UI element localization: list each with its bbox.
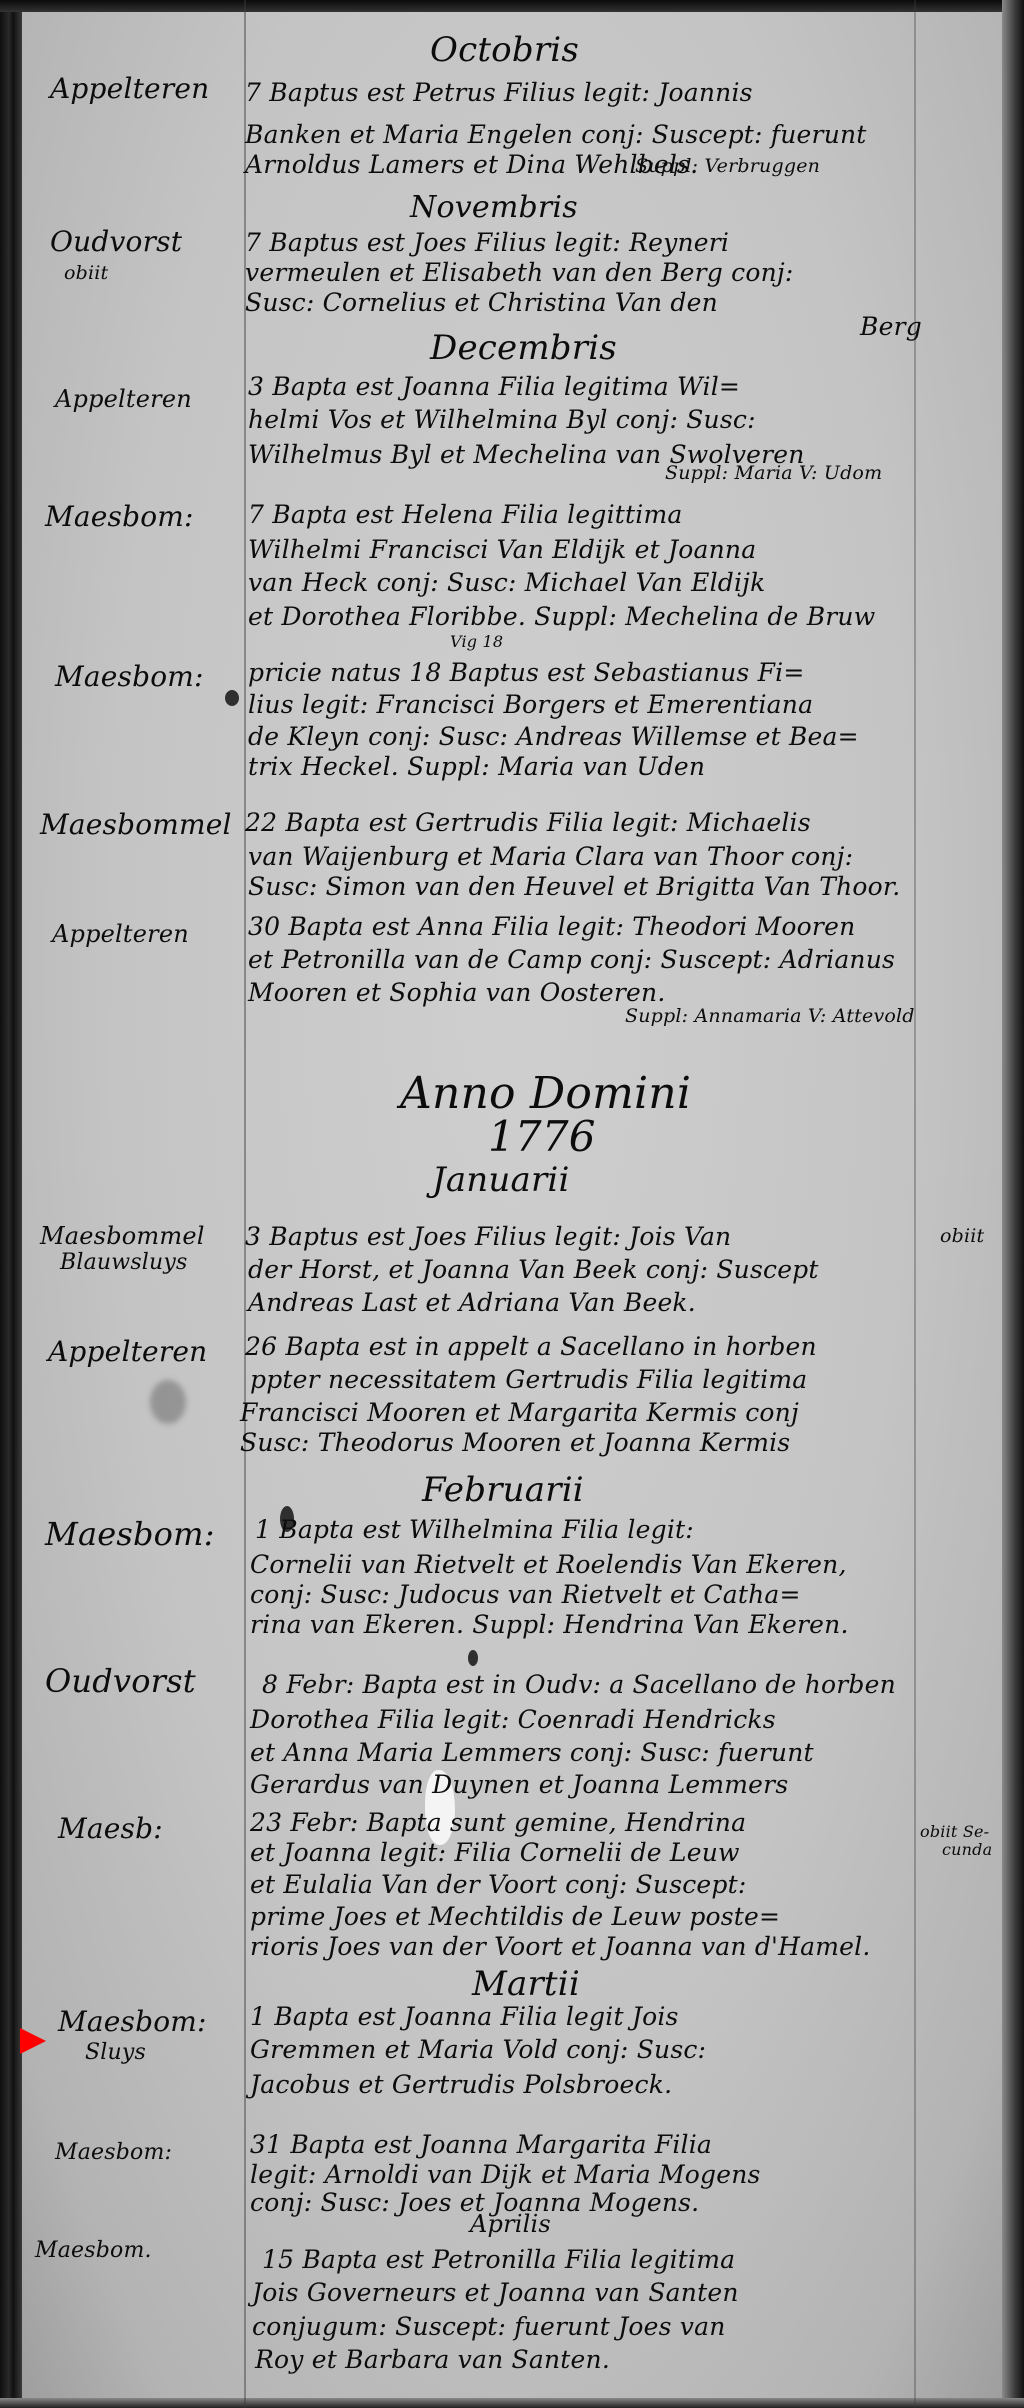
red-marker-arrow-icon	[20, 2028, 46, 2054]
entry-line: 1 Bapta est Wilhelmina Filia legit:	[255, 1515, 694, 1544]
entry-line: Susc: Simon van den Heuvel et Brigitta V…	[248, 872, 900, 901]
entry-line: et Petronilla van de Camp conj: Suscept:…	[248, 945, 895, 974]
ink-blot	[225, 690, 239, 706]
entry-line: 23 Febr: Bapta sunt gemine, Hendrina	[250, 1808, 746, 1837]
margin-place: Appelteren	[52, 920, 189, 948]
margin-place-secondary: Sluys	[85, 2040, 146, 2065]
month-heading-decembris: Decembris	[430, 328, 617, 368]
entry-line: Gremmen et Maria Vold conj: Susc:	[250, 2035, 706, 2064]
entry-line: trix Heckel. Suppl: Maria van Uden	[248, 752, 705, 781]
suppl-note: Suppl: Verbruggen	[635, 155, 820, 177]
entry-line: 1 Bapta est Joanna Filia legit Jois	[250, 2002, 679, 2031]
page-right-edge	[1002, 0, 1024, 2408]
month-heading-aprilis: Aprilis	[470, 2210, 551, 2238]
entry-line: Banken et Maria Engelen conj: Suscept: f…	[245, 120, 867, 149]
entry-line: et Eulalia Van der Voort conj: Suscept:	[250, 1870, 747, 1899]
margin-note-obiit: obiit	[64, 262, 108, 284]
margin-place: Appelteren	[50, 72, 209, 105]
entry-line: legit: Arnoldi van Dijk et Maria Mogens	[250, 2160, 761, 2189]
entry-line: 3 Baptus est Joes Filius legit: Jois Van	[245, 1222, 731, 1251]
entry-line: et Joanna legit: Filia Cornelii de Leuw	[250, 1838, 740, 1867]
entry-line: Susc: Theodorus Mooren et Joanna Kermis	[240, 1428, 790, 1457]
entry-line: van Waijenburg et Maria Clara van Thoor …	[248, 842, 853, 871]
margin-note-obiit-cont: cunda	[942, 1840, 992, 1859]
ink-blot	[468, 1650, 478, 1666]
margin-rule-right	[914, 0, 916, 2408]
entry-line: Jacobus et Gertrudis Polsbroeck.	[250, 2070, 672, 2099]
entry-line: helmi Vos et Wilhelmina Byl conj: Susc:	[248, 405, 756, 434]
entry-line: rioris Joes van der Voort et Joanna van …	[250, 1932, 870, 1961]
month-heading-januarii: Januarii	[432, 1160, 570, 1200]
entry-line: conjugum: Suscept: fuerunt Joes van	[252, 2312, 726, 2341]
entry-line: 3 Bapta est Joanna Filia legitima Wil=	[248, 372, 740, 401]
superscript-note: Vig 18	[450, 632, 503, 651]
entry-line: lius legit: Francisci Borgers et Emerent…	[248, 690, 813, 719]
entry-line: Wilhelmi Francisci Van Eldijk et Joanna	[248, 535, 756, 564]
margin-place: Maesbommel	[40, 1222, 205, 1250]
entry-line: rina van Ekeren. Suppl: Hendrina Van Eke…	[250, 1610, 849, 1639]
margin-place: Maesbom:	[45, 500, 194, 533]
suppl-note: Suppl: Maria V: Udom	[665, 462, 882, 484]
entry-line: van Heck conj: Susc: Michael Van Eldijk	[248, 568, 765, 597]
entry-line: Berg	[860, 312, 922, 341]
entry-line: pricie natus 18 Baptus est Sebastianus F…	[248, 658, 804, 687]
entry-line: 7 Bapta est Helena Filia legittima	[248, 500, 682, 529]
entry-line: 15 Bapta est Petronilla Filia legitima	[262, 2245, 735, 2274]
margin-place-secondary: Blauwsluys	[60, 1250, 188, 1275]
margin-place: Oudvorst	[45, 1662, 196, 1700]
margin-place: Maesbommel	[40, 808, 232, 841]
entry-line: Roy et Barbara van Santen.	[255, 2345, 610, 2374]
margin-place: Maesb:	[58, 1812, 163, 1845]
month-heading-februarii: Februarii	[422, 1470, 584, 1510]
entry-line: Mooren et Sophia van Oosteren.	[248, 978, 666, 1007]
margin-note-obiit: obiit	[940, 1225, 984, 1247]
suppl-note: Suppl: Annamaria V: Attevold	[625, 1005, 915, 1027]
entry-line: 26 Bapta est in appelt a Sacellano in ho…	[245, 1332, 817, 1361]
margin-place: Maesbom:	[45, 1515, 215, 1553]
margin-place: Maesbom:	[58, 2005, 207, 2038]
page-top-edge	[0, 0, 1024, 12]
margin-rule-left	[244, 0, 246, 2408]
entry-line: conj: Susc: Judocus van Rietvelt et Cath…	[250, 1580, 801, 1609]
entry-line: 31 Bapta est Joanna Margarita Filia	[250, 2130, 712, 2159]
entry-line: 22 Bapta est Gertrudis Filia legit: Mich…	[245, 808, 811, 837]
register-page: Octobris Appelteren 7 Baptus est Petrus …	[0, 0, 1024, 2408]
entry-line: Arnoldus Lamers et Dina Wehlbels.	[245, 150, 698, 179]
entry-line: ppter necessitatem Gertrudis Filia legit…	[250, 1365, 807, 1394]
entry-line: et Anna Maria Lemmers conj: Susc: fuerun…	[250, 1738, 814, 1767]
margin-place: Maesbom.	[35, 2238, 152, 2263]
month-heading-novembris: Novembris	[410, 190, 578, 225]
margin-place: Maesbom:	[55, 2140, 172, 2165]
month-heading-octobris: Octobris	[430, 30, 579, 70]
margin-place: Oudvorst	[50, 225, 182, 258]
entry-line: Jois Governeurs et Joanna van Santen	[252, 2278, 739, 2307]
margin-place: Maesbom:	[55, 660, 204, 693]
entry-line: 7 Baptus est Joes Filius legit: Reyneri	[245, 228, 729, 257]
margin-place: Appelteren	[48, 1335, 207, 1368]
entry-line: prime Joes et Mechtildis de Leuw poste=	[250, 1902, 780, 1931]
entry-line: 30 Bapta est Anna Filia legit: Theodori …	[248, 912, 855, 941]
entry-line: Francisci Mooren et Margarita Kermis con…	[240, 1398, 799, 1427]
entry-line: 7 Baptus est Petrus Filius legit: Joanni…	[245, 78, 753, 107]
entry-line: Dorothea Filia legit: Coenradi Hendricks	[250, 1705, 776, 1734]
entry-line: vermeulen et Elisabeth van den Berg conj…	[245, 258, 793, 287]
month-heading-martii: Martii	[472, 1964, 580, 2004]
entry-line: et Dorothea Floribbe. Suppl: Mechelina d…	[248, 602, 875, 631]
entry-line: Andreas Last et Adriana Van Beek.	[248, 1288, 696, 1317]
year-heading-year: 1776	[488, 1112, 596, 1161]
entry-line: Gerardus van Duynen et Joanna Lemmers	[250, 1770, 788, 1799]
page-bottom-edge	[0, 2398, 1024, 2408]
book-binding-edge	[0, 0, 22, 2408]
entry-line: Cornelii van Rietvelt et Roelendis Van E…	[250, 1550, 847, 1579]
margin-note-obiit: obiit Se-	[920, 1822, 989, 1841]
ink-smudge	[150, 1380, 186, 1424]
margin-place: Appelteren	[55, 385, 192, 413]
entry-line: Susc: Cornelius et Christina Van den	[245, 288, 718, 317]
entry-line: 8 Febr: Bapta est in Oudv: a Sacellano d…	[262, 1670, 896, 1699]
entry-line: de Kleyn conj: Susc: Andreas Willemse et…	[248, 722, 859, 751]
entry-line: der Horst, et Joanna Van Beek conj: Susc…	[248, 1255, 819, 1284]
